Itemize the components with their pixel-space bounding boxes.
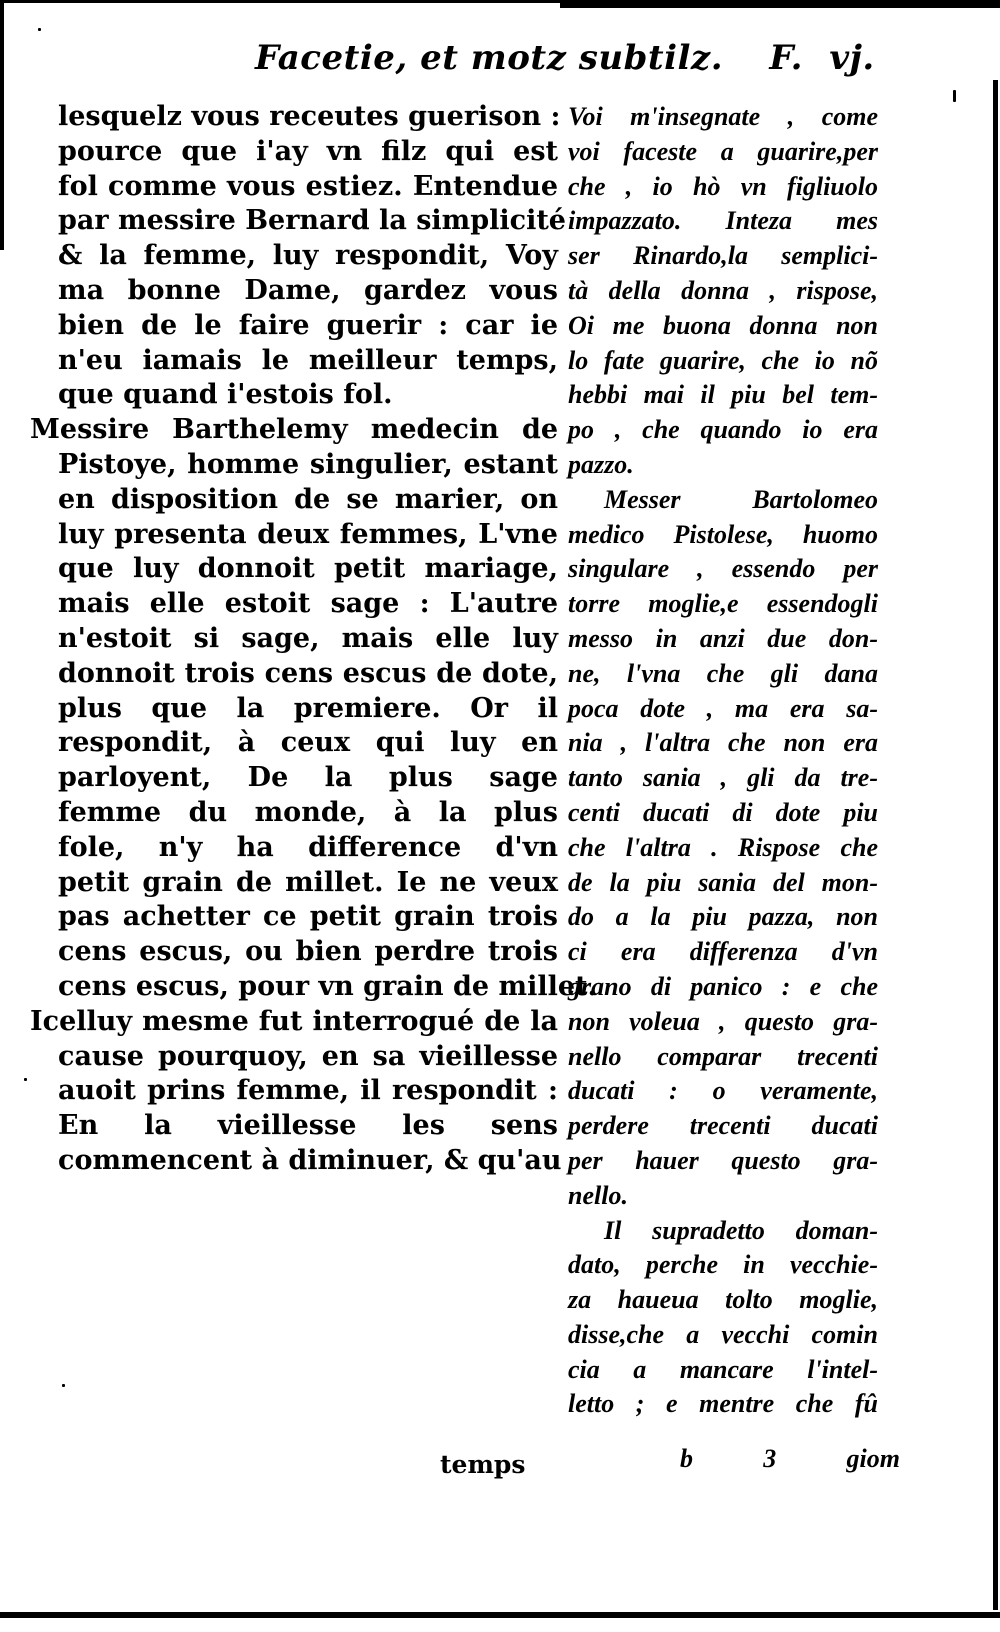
paragraph-start-line: Il supradetto doman-	[568, 1214, 878, 1249]
text-line: za haueua tolto moglie,	[568, 1283, 878, 1318]
text-line: do a la piu pazza, non	[568, 900, 878, 935]
paragraph-start-line: Icelluy mesme fut interrogué de la	[30, 1005, 558, 1040]
italian-catchword: giom	[847, 1444, 900, 1474]
text-line: & la femme, luy respondit, Voy	[58, 239, 558, 274]
signature-number: 3	[763, 1444, 776, 1474]
text-line: plus que la premiere. Or il	[58, 692, 558, 727]
text-line: disse,che a vecchi comin	[568, 1318, 878, 1353]
text-line: mais elle estoit sage : L'autre	[58, 587, 558, 622]
text-line: medico Pistolese, huomo	[568, 518, 878, 553]
text-line: Oi me buona donna non	[568, 309, 878, 344]
text-line: che , io hò vn figliuolo	[568, 170, 878, 205]
text-line: perdere trecenti ducati	[568, 1109, 878, 1144]
text-line: luy presenta deux femmes, L'vne	[58, 518, 558, 553]
text-line: messo in anzi due don-	[568, 622, 878, 657]
scan-border-top	[560, 0, 1000, 8]
text-line: cens escus, ou bien perdre trois	[58, 935, 558, 970]
text-line: torre moglie,e essendogli	[568, 587, 878, 622]
scan-speck	[24, 1078, 27, 1081]
scan-border-right	[993, 80, 998, 1610]
running-head-signature: F.	[769, 38, 803, 78]
text-line: centi ducati di dote piu	[568, 796, 878, 831]
text-line: grano di panico : e che	[568, 970, 878, 1005]
text-line: n'estoit si sage, mais elle luy	[58, 622, 558, 657]
running-head-folio: vj.	[829, 38, 874, 78]
text-line: lesquelz vous receutes guerison :	[58, 100, 558, 135]
text-line: femme du monde, à la plus	[58, 796, 558, 831]
running-head: Facetie, et motz subtilz. F. vj.	[255, 38, 875, 78]
text-line: cause pourquoy, en sa vieillesse	[58, 1040, 558, 1075]
text-line: cia a mancare l'intel-	[568, 1353, 878, 1388]
text-line: nello.	[568, 1179, 878, 1214]
text-line: que luy donnoit petit mariage,	[58, 552, 558, 587]
scan-speck	[62, 1384, 65, 1387]
text-line: ducati : o veramente,	[568, 1074, 878, 1109]
text-line: po , che quando io era	[568, 413, 878, 448]
text-line: impazzato. Inteza mes	[568, 204, 878, 239]
text-line: n'eu iamais le meilleur temps,	[58, 344, 558, 379]
scanned-page: Facetie, et motz subtilz. F. vj. lesquel…	[0, 0, 1000, 1632]
text-line: pas achetter ce petit grain trois	[58, 900, 558, 935]
text-line: non voleua , questo gra-	[568, 1005, 878, 1040]
text-line: ci era differenza d'vn	[568, 935, 878, 970]
text-line: que quand i'estois fol.	[58, 378, 558, 413]
signature-mark: b	[680, 1444, 693, 1474]
text-line: En la vieillesse les sens	[58, 1109, 558, 1144]
text-line: tanto sania , gli da tre-	[568, 761, 878, 796]
text-line: nia , l'altra che non era	[568, 726, 878, 761]
text-line: parloyent, De la plus sage	[58, 761, 558, 796]
text-line: de la piu sania del mon-	[568, 866, 878, 901]
scan-border-bottom-left	[0, 1614, 560, 1617]
text-line: che l'altra . Rispose che	[568, 831, 878, 866]
italian-column: Voi m'insegnate , come voi faceste a gua…	[568, 100, 878, 1422]
scan-border-top-left	[0, 0, 560, 3]
text-line: Pistoye, homme singulier, estant	[58, 448, 558, 483]
text-line: ma bonne Dame, gardez vous	[58, 274, 558, 309]
text-line: pource que i'ay vn filz qui est	[58, 135, 558, 170]
text-line: cens escus, pour vn grain de millet.	[58, 970, 558, 1005]
text-line: poca dote , ma era sa-	[568, 692, 878, 727]
text-line: petit grain de millet. Ie ne veux	[58, 866, 558, 901]
running-head-title: Facetie, et motz subtilz.	[255, 38, 723, 78]
text-line: ser Rinardo,la semplici-	[568, 239, 878, 274]
text-line: dato, perche in vecchie-	[568, 1248, 878, 1283]
text-line: per hauer questo gra-	[568, 1144, 878, 1179]
text-line: hebbi mai il piu bel tem-	[568, 378, 878, 413]
scan-border-left	[0, 0, 4, 250]
text-line: voi faceste a guarire,per	[568, 135, 878, 170]
text-line: auoit prins femme, il respondit :	[58, 1074, 558, 1109]
text-line: en disposition de se marier, on	[58, 483, 558, 518]
text-line: singulare , essendo per	[568, 552, 878, 587]
text-line: pazzo.	[568, 448, 878, 483]
scan-speck	[38, 28, 41, 31]
text-line: Voi m'insegnate , come	[568, 100, 878, 135]
text-line: lo fate guarire, che io nõ	[568, 344, 878, 379]
text-line: par messire Bernard la simplicité	[58, 204, 558, 239]
text-line: respondit, à ceux qui luy en	[58, 726, 558, 761]
paragraph-start-line: Messer Bartolomeo	[568, 483, 878, 518]
text-line: nello comparar trecenti	[568, 1040, 878, 1075]
french-column: lesquelz vous receutes guerison : pource…	[58, 100, 558, 1179]
text-line: fole, n'y ha difference d'vn	[58, 831, 558, 866]
text-line: donnoit trois cens escus de dote,	[58, 657, 558, 692]
text-line: fol comme vous estiez. Entendue	[58, 170, 558, 205]
text-line: commencent à diminuer, & qu'au	[58, 1144, 558, 1179]
text-line: bien de le faire guerir : car ie	[58, 309, 558, 344]
scan-speck	[953, 90, 956, 102]
text-line: letto ; e mentre che fû	[568, 1387, 878, 1422]
paragraph-start-line: Messire Barthelemy medecin de	[30, 413, 558, 448]
text-line: ne, l'vna che gli dana	[568, 657, 878, 692]
text-line: tà della donna , rispose,	[568, 274, 878, 309]
french-catchword: temps	[440, 1450, 525, 1479]
italian-signature-line: b 3 giom	[680, 1444, 900, 1474]
